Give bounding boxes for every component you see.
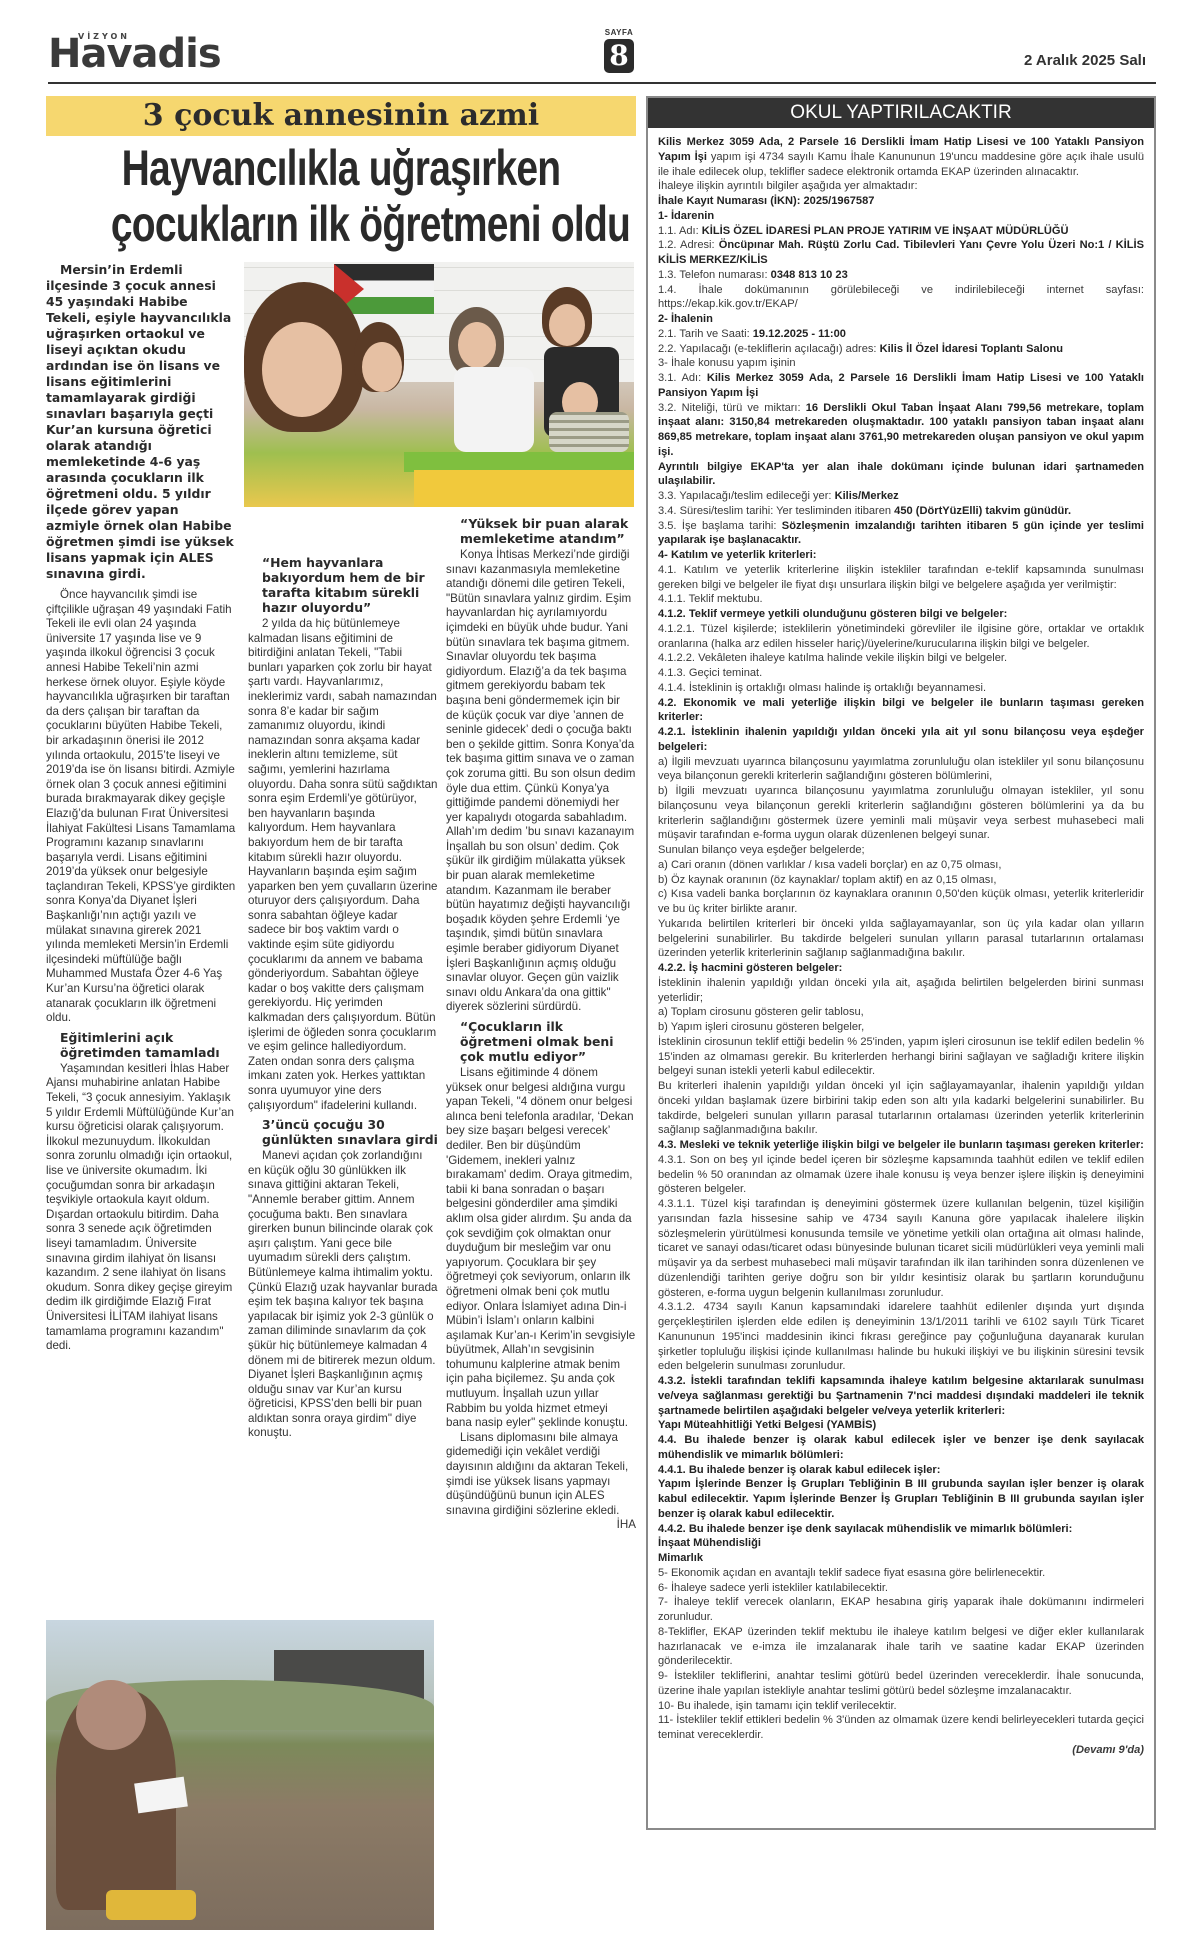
tender-number: İhale Kayıt Numarası (İKN): 2025/1967587 [658,195,874,207]
ekap-url: 1.4. İhale dokümanının görülebileceği ve… [658,283,1144,313]
subheading: “Hem hayvanlara bakıyordum hem de bir ta… [248,555,438,615]
article-paragraph: Konya İhtisas Merkezi’nde girdiği sınavı… [446,548,636,1015]
notice-body: Kilis Merkez 3059 Ada, 2 Parsele 16 Ders… [648,128,1154,1758]
tender-datetime: 19.12.2025 - 11:00 [753,328,846,340]
article-lead: Mersin’in Erdemli ilçesinde 3 çocuk anne… [46,262,236,582]
notice-title: OKUL YAPTIRILACAKTIR [648,98,1154,128]
issue-date: 2 Aralık 2025 Salı [1024,52,1146,69]
child-face [262,322,342,417]
yellow-table [414,470,634,507]
headline-line-1: Hayvancılıkla uğraşırken [111,140,571,196]
article-paragraph: Lisans eğitiminde 4 dönem yüksek onur be… [446,1066,636,1431]
classroom-photo [244,262,634,507]
authority-phone: 0348 813 10 23 [771,269,848,281]
notebook [134,1777,188,1814]
teacher-face [458,322,496,368]
authority-address: Öncüpınar Mah. Rüştü Zorlu Cad. Tibilevl… [658,239,1144,266]
article-column-3: “Yüksek bir puan alarak memleketime atan… [446,512,636,1533]
page-number: 8 [604,39,634,73]
tender-notice: OKUL YAPTIRILACAKTIR Kilis Merkez 3059 A… [646,96,1156,1830]
newspaper-logo: Havadis [48,32,221,76]
article-paragraph: Önce hayvancılık şimdi ise çiftçilikle u… [46,588,236,1026]
subheading: Eğitimlerini açık öğretimden tamamladı [46,1030,236,1060]
news-source: İHA [446,1518,636,1533]
headline-line-2: çocukların ilk öğretmeni oldu [111,196,571,252]
article-kicker: 3 çocuk annesinin azmi [46,96,636,136]
subheading: 3’üncü çocuğu 30 günlükten sınavlara gir… [248,1117,438,1147]
article-column-2: “Hem hayvanlara bakıyordum hem de bir ta… [248,555,438,1441]
subheading: “Yüksek bir puan alarak memleketime atan… [446,516,636,546]
green-table [404,452,634,472]
article-paragraph: Yaşamından kesitleri İhlas Haber Ajansı … [46,1062,236,1354]
continued-note: (Devamı 9'da) [658,1743,1144,1758]
article-column-1: Mersin’in Erdemli ilçesinde 3 çocuk anne… [46,262,236,1354]
article-headline: Hayvancılıkla uğraşırken çocukların ilk … [111,140,571,252]
page-number-badge: SAYFA 8 [590,28,648,73]
authority-name: KİLİS ÖZEL İDARESİ PLAN PROJE YATIRIM VE… [702,225,1069,237]
page-label: SAYFA [590,28,648,37]
article-paragraph: 2 yılda da hiç bütünlemeye kalmadan lisa… [248,617,438,1113]
subheading: “Çocukların ilk öğretmeni olmak beni çok… [446,1019,636,1064]
article-paragraph: Manevi açıdan çok zorlandığını en küçük … [248,1149,438,1441]
masthead: VİZYON Havadis SAYFA 8 2 Aralık 2025 Sal… [48,28,1156,84]
farm-photo [46,1620,434,1930]
article-paragraph: Lisans diplomasını bile almaya gidemediğ… [446,1431,636,1519]
